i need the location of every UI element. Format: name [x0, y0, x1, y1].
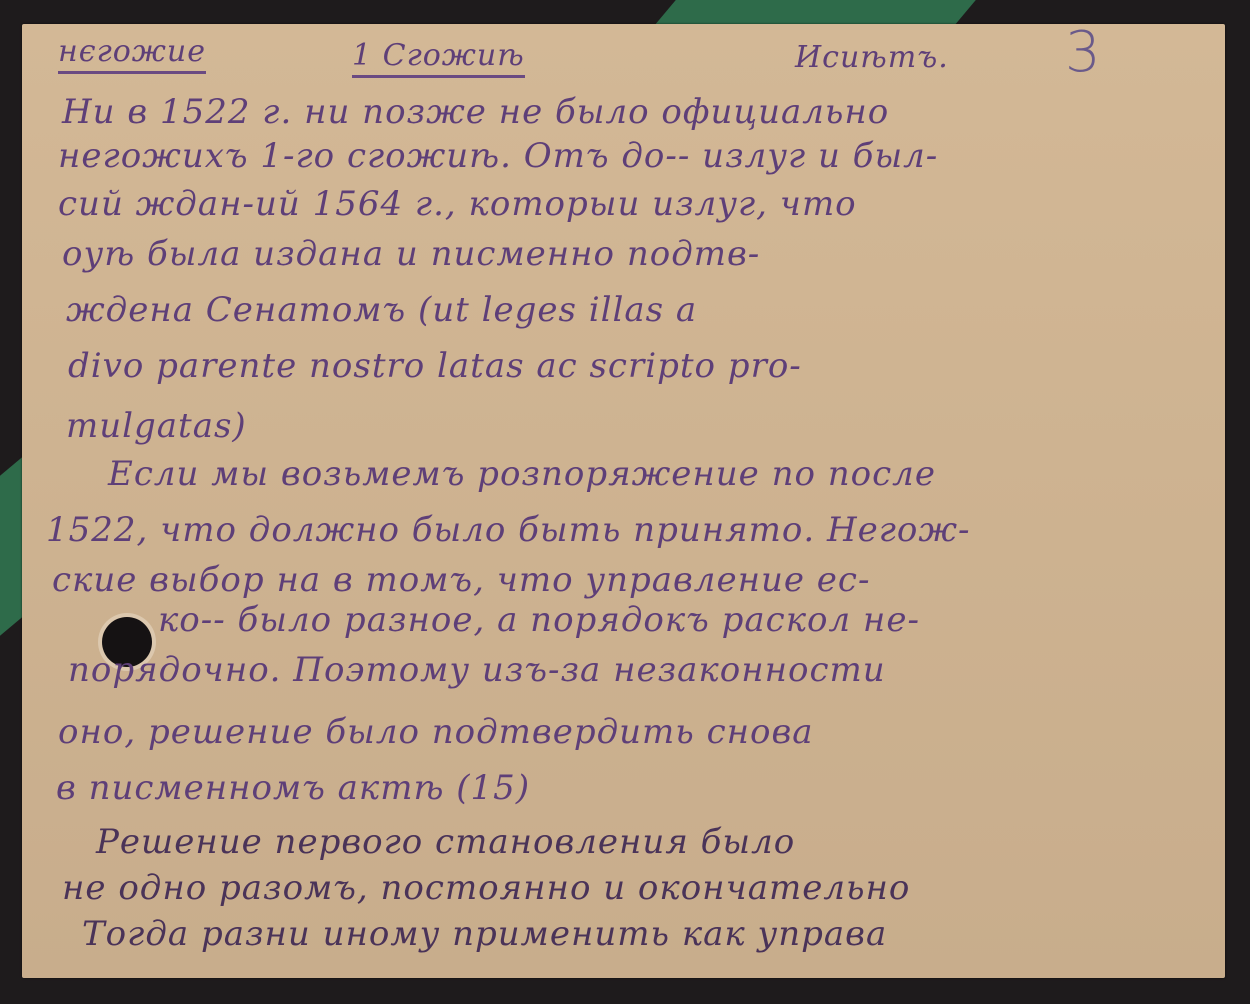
text-line: 1522, что должно было быть принято. Него… [46, 510, 971, 550]
page-number: 3 [1065, 20, 1101, 85]
text-line: ские выбор на в томъ, что управление ес- [52, 560, 870, 600]
text-line: негожихъ 1-го сгожиѣ. Отъ до-- излуг и б… [58, 136, 938, 176]
header-middle: 1 Сгожиѣ [352, 38, 525, 78]
text-line: порядочно. Поэтому изъ-за незаконности [68, 650, 886, 690]
text-line: оуѣ была издана и писменно подтв- [62, 234, 760, 274]
text-line: в писменномъ актѣ (15) [56, 768, 530, 808]
text-line: не одно разомъ, постоянно и окончательно [62, 868, 910, 908]
header-right: Исиѣтъ. [795, 40, 949, 75]
text-line: Решение первого становления было [96, 822, 795, 862]
text-line: ждена Сенатомъ (ut leges illas a [66, 290, 697, 330]
text-line: сий ждан-ий 1564 г., которыи излуг, что [58, 184, 857, 224]
text-line: mulgatas) [66, 406, 247, 446]
text-line: Если мы возьмемъ розпоряжение по после [108, 454, 936, 494]
text-line: divo parente nostro latas ac scripto pro… [68, 346, 802, 386]
text-line: оно, решение было подтвердить снова [58, 712, 814, 752]
text-line: Ни в 1522 г. ни позже не было официально [62, 92, 889, 132]
text-line: ко-- было разное, а порядокъ раскол не- [158, 600, 920, 640]
text-line: Тогда разни иному применить как управа [82, 914, 887, 954]
header-left: нєгожие [58, 34, 206, 74]
